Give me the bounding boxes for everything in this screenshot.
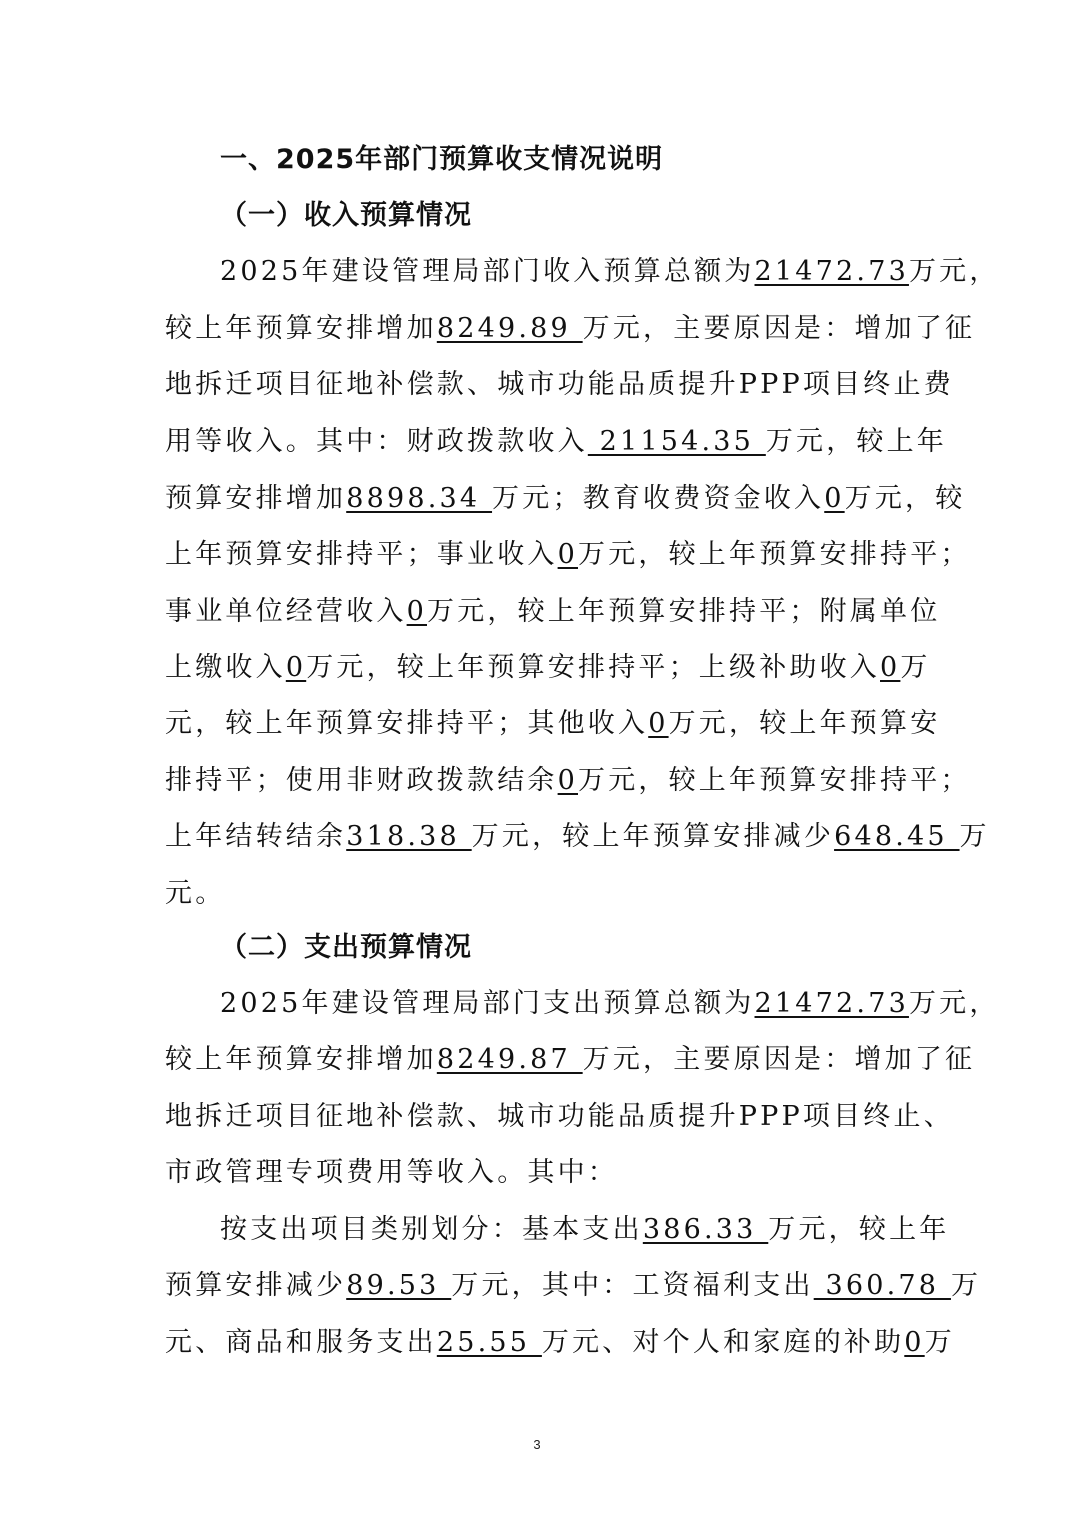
text-line: 排持平；使用非财政拨款结余0万元，较上年预算安排持平；: [165, 763, 913, 799]
text-line: 元、商品和服务支出25.55 万元、对个人和家庭的补助0万: [165, 1325, 913, 1361]
section-title: 一、2025年部门预算收支情况说明: [220, 142, 663, 178]
amount-value: 0: [286, 652, 306, 683]
text-line: 预算安排增加8898.34 万元；教育收费资金收入0万元，较: [165, 481, 913, 517]
text-line: 预算安排减少89.53 万元，其中：工资福利支出 360.78 万: [165, 1268, 913, 1304]
text-line: 上缴收入0万元，较上年预算安排持平；上级补助收入0万: [165, 650, 913, 686]
text-line: 上年结转结余318.38 万元，较上年预算安排减少648.45 万: [165, 819, 913, 855]
amount-value: 25.55: [437, 1327, 542, 1358]
text-line: 用等收入。其中：财政拨款收入 21154.35 万元，较上年: [165, 424, 913, 460]
amount-value: 21154.35: [588, 426, 766, 457]
amount-value: 0: [407, 596, 427, 627]
amount-value: 318.38: [346, 821, 471, 852]
page-number: 3: [0, 1437, 1074, 1452]
amount-value: 0: [880, 652, 900, 683]
text-line: 上年预算安排持平；事业收入0万元，较上年预算安排持平；: [165, 537, 913, 573]
amount-value: 648.45: [834, 821, 959, 852]
amount-value: 360.78: [814, 1270, 951, 1301]
amount-value: 89.53: [346, 1270, 451, 1301]
text-line: 较上年预算安排增加8249.89 万元，主要原因是：增加了征: [165, 311, 913, 347]
amount-value: 8249.87: [437, 1044, 583, 1075]
text-line: 元。: [165, 876, 913, 912]
text-line: 元，较上年预算安排持平；其他收入0万元，较上年预算安: [165, 706, 913, 742]
text-line: 地拆迁项目征地补偿款、城市功能品质提升PPP项目终止费: [165, 367, 913, 403]
amount-value: 0: [648, 708, 668, 739]
expenditure-heading: （二）支出预算情况: [220, 930, 472, 966]
text-line: 事业单位经营收入0万元，较上年预算安排持平；附属单位: [165, 594, 913, 630]
amount-value: 0: [904, 1327, 924, 1358]
text-line: 2025年建设管理局部门收入预算总额为21472.73万元，: [220, 254, 913, 290]
amount-value: 386.33: [643, 1214, 768, 1245]
document-page: 一、2025年部门预算收支情况说明 （一）收入预算情况 2025年建设管理局部门…: [0, 0, 1074, 1520]
text-line: 2025年建设管理局部门支出预算总额为21472.73万元，: [220, 986, 913, 1022]
text-line: 按支出项目类别划分：基本支出386.33 万元，较上年: [220, 1212, 913, 1248]
amount-value: 8898.34: [346, 483, 492, 514]
text-line: 地拆迁项目征地补偿款、城市功能品质提升PPP项目终止、: [165, 1099, 913, 1135]
income-heading: （一）收入预算情况: [220, 198, 472, 234]
text-line: 市政管理专项费用等收入。其中：: [165, 1155, 913, 1191]
text-line: 较上年预算安排增加8249.87 万元，主要原因是：增加了征: [165, 1042, 913, 1078]
amount-value: 21472.73: [755, 988, 909, 1019]
amount-value: 21472.73: [755, 256, 909, 287]
amount-value: 8249.89: [437, 313, 583, 344]
amount-value: 0: [558, 539, 578, 570]
amount-value: 0: [824, 483, 844, 514]
amount-value: 0: [558, 765, 578, 796]
